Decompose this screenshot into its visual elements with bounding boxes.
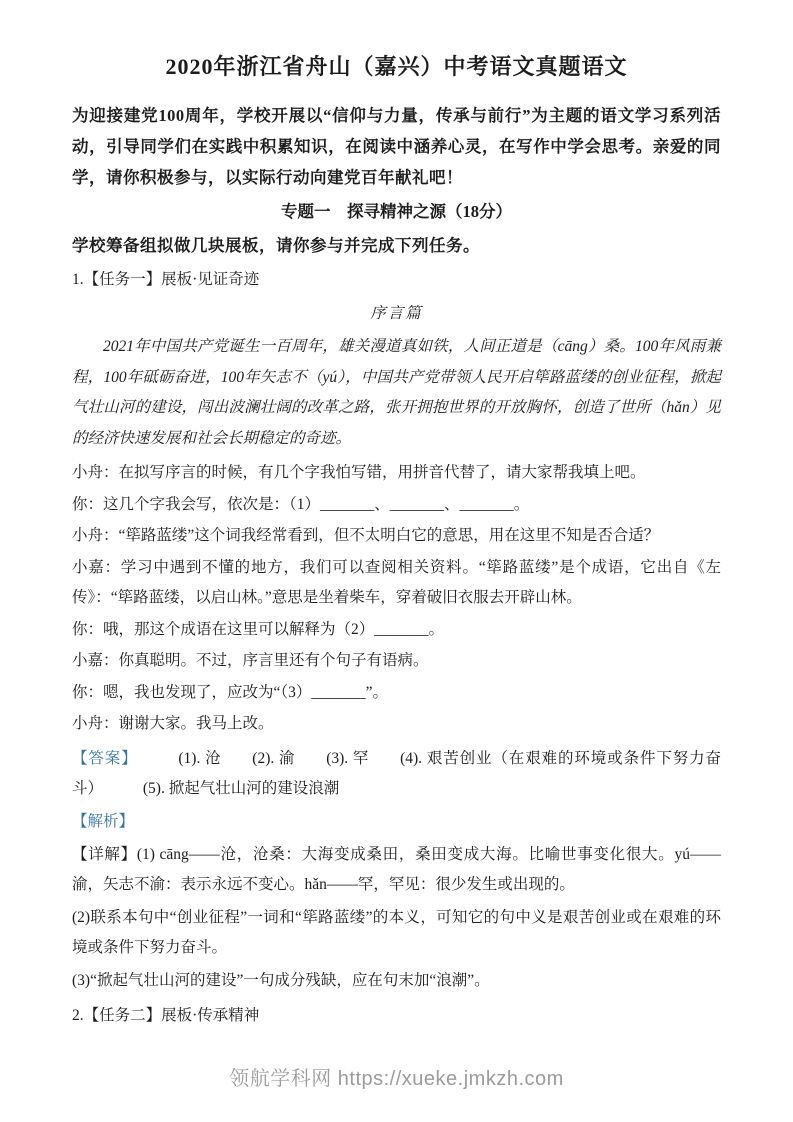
dialogue-section: 小舟：在拟写序言的时候，有几个字我怕写错，用拼音代替了，请大家帮我填上吧。 你：…: [72, 458, 721, 740]
exam-document-page: 2020年浙江省舟山（嘉兴）中考语文真题语文 为迎接建党100周年，学校开展以“…: [0, 0, 793, 1122]
analysis-label-row: 【解析】: [72, 807, 721, 837]
answer-label: 【答案】: [72, 750, 138, 767]
answer-row: 【答案】 (1). 沧 (2). 渝 (3). 罕 (4). 艰苦创业（在艰难的…: [72, 744, 721, 804]
detail-paragraph-2: (2)联系本句中“创业征程”一词和“筚路蓝缕”的本义，可知它的句中义是艰苦创业或…: [72, 903, 721, 964]
watermark: 领航学科网 https://xueke.jmkzh.com: [0, 1062, 793, 1091]
answer-part-2: (2). 渝: [252, 750, 295, 767]
answer-part-1: (1). 沧: [178, 750, 221, 767]
dialogue-line-xiajia-2: 小嘉：你真聪明。不过，序言里还有个句子有语病。: [72, 646, 721, 677]
passage-title: 序言篇: [72, 298, 721, 330]
dialogue-line-xiaozhou-3: 小舟：谢谢大家。我马上改。: [72, 709, 721, 740]
detail-paragraph-3: (3)“掀起气壮山河的建设”一句成分残缺，应在句末加“浪潮”。: [72, 966, 721, 997]
analysis-label: 【解析】: [72, 813, 134, 830]
dialogue-line-xiaozhou-1: 小舟：在拟写序言的时候，有几个字我怕写错，用拼音代替了，请大家帮我填上吧。: [72, 458, 721, 489]
dialogue-line-xiajia-1: 小嘉：学习中遇到不懂的地方，我们可以查阅相关资料。“筚路蓝缕”是个成语，它出自《…: [72, 553, 721, 614]
dialogue-line-you-3: 你：嗯，我也发现了，应改为“（3）_______”。: [72, 678, 721, 709]
document-title: 2020年浙江省舟山（嘉兴）中考语文真题语文: [72, 52, 721, 82]
dialogue-line-you-1: 你：这几个字我会写，依次是：（1）_______、_______、_______…: [72, 490, 721, 521]
answer-part-3: (3). 罕: [326, 750, 369, 767]
dialogue-line-you-2: 你：哦，那这个成语在这里可以解释为（2）_______。: [72, 615, 721, 646]
dialogue-line-xiaozhou-2: 小舟：“筚路蓝缕”这个词我经常看到，但不太明白它的意思，用在这里不知是否合适？: [72, 521, 721, 552]
section-intro: 学校筹备组拟做几块展板，请你参与并完成下列任务。: [72, 230, 721, 261]
passage-text: 2021年中国共产党诞生一百周年，雄关漫道真如铁，人间正道是（cāng）桑。10…: [72, 332, 721, 454]
task2-label: 2.【任务二】展板·传承精神: [72, 1000, 721, 1032]
task1-label: 1.【任务一】展板·见证奇迹: [72, 264, 721, 296]
section-heading: 专题一 探寻精神之源（18分）: [72, 196, 721, 227]
answer-part-5: (5). 掀起气壮山河的建设浪潮: [143, 780, 339, 797]
intro-paragraph: 为迎接建党100周年，学校开展以“信仰与力量，传承与前行”为主题的语文学习系列活…: [72, 100, 721, 193]
detail-paragraph-1: 【详解】(1) cāng——沧，沧桑：大海变成桑田，桑田变成大海。比喻世事变化很…: [72, 840, 721, 901]
